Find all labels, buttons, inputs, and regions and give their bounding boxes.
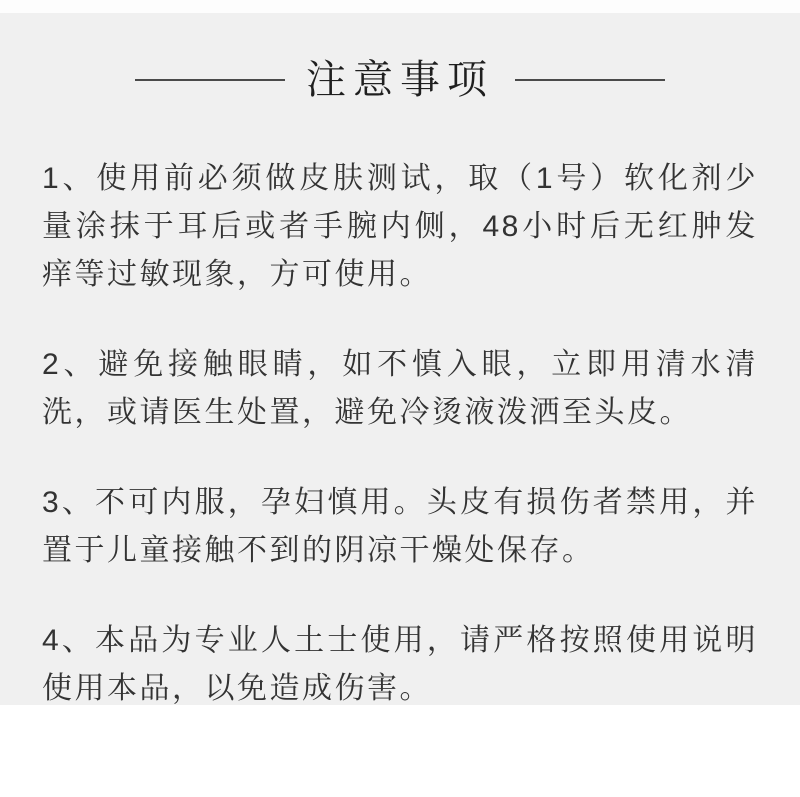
title-row: 注意事项 (0, 57, 800, 103)
note-item-2: 2、避免接触眼睛，如不慎入眼，立即用清水清洗，或请医生处置，避免冷烫液泼洒至头皮… (42, 341, 758, 437)
note-item-3: 3、不可内服，孕妇慎用。头皮有损伤者禁用，并置于儿童接触不到的阴凉干燥处保存。 (42, 479, 758, 575)
note-item-4: 4、本品为专业人土士使用，请严格按照使用说明使用本品，以免造成伤害。 (42, 617, 758, 713)
notice-panel: 注意事项 1、使用前必须做皮肤测试，取（1号）软化剂少量涂抹于耳后或者手腕内侧，… (0, 13, 800, 705)
page-title: 注意事项 (306, 57, 494, 103)
bottom-strip (0, 705, 800, 797)
note-item-1: 1、使用前必须做皮肤测试，取（1号）软化剂少量涂抹于耳后或者手腕内侧，48小时后… (42, 155, 758, 299)
notice-page: 注意事项 1、使用前必须做皮肤测试，取（1号）软化剂少量涂抹于耳后或者手腕内侧，… (0, 0, 800, 797)
notes-list: 1、使用前必须做皮肤测试，取（1号）软化剂少量涂抹于耳后或者手腕内侧，48小时后… (0, 155, 800, 713)
title-divider-right (515, 79, 665, 81)
top-strip (0, 0, 800, 13)
title-divider-left (135, 79, 285, 81)
